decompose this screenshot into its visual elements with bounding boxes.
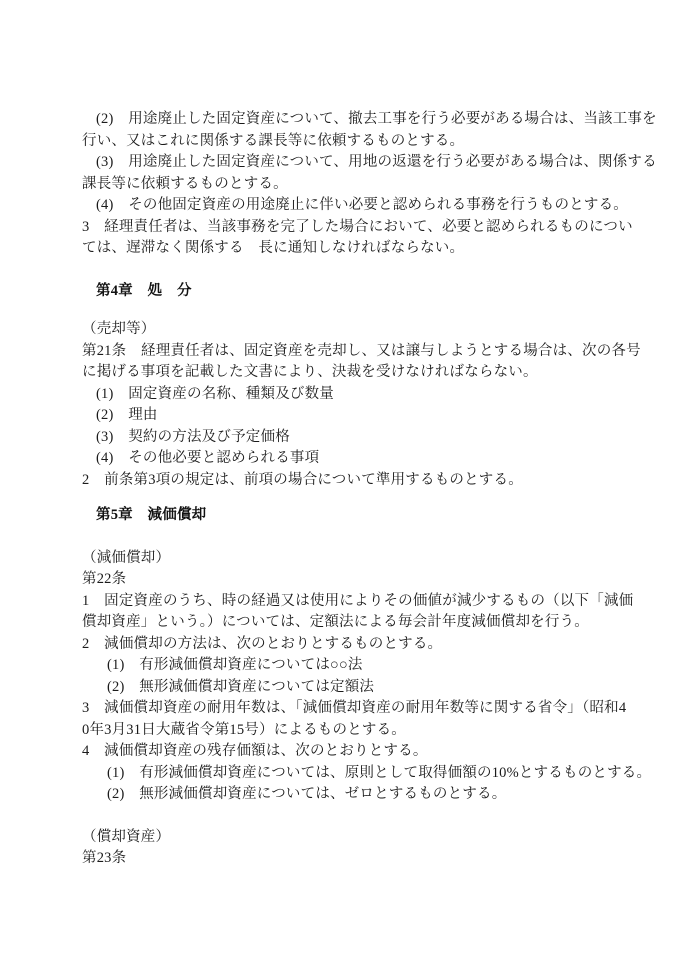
document-line: 行い、又はこれに関係する課長等に依頼するものとする。 xyxy=(82,131,622,153)
article-22-line: 償却資産」という。）については、定額法による毎会計年度減価償却を行う。 xyxy=(82,612,622,634)
article-22-line: 4 減価償却資産の残存価額は、次のとおりとする。 xyxy=(82,741,622,763)
regulation-document-page: (2) 用途廃止した固定資産について、撤去工事を行う必要がある場合は、当該工事を… xyxy=(0,0,680,962)
list-item: (2) 無形減価償却資産については、ゼロとするものとする。 xyxy=(82,784,622,806)
article-23-caption: （償却資産） xyxy=(82,827,622,849)
list-item: (2) 無形減価償却資産については定額法 xyxy=(82,677,622,699)
article-21-line: 第21条 経理責任者は、固定資産を売却し、又は譲与しようとする場合は、次の各号 xyxy=(82,341,622,363)
article-22-line: 3 減価償却資産の耐用年数は、「減価償却資産の耐用年数等に関する省令」（昭和4 xyxy=(82,698,622,720)
article-22-caption: （減価償却） xyxy=(82,548,622,570)
list-item: (2) 理由 xyxy=(82,405,622,427)
document-line: (4) その他固定資産の用途廃止に伴い必要と認められる事務を行うものとする。 xyxy=(82,195,622,217)
document-line: 3 経理責任者は、当該事務を完了した場合において、必要と認められるものについ xyxy=(82,217,622,239)
article-21-line: に掲げる事項を記載した文書により、決裁を受けなければならない。 xyxy=(82,362,622,384)
document-line: ては、遅滞なく関係する 長に通知しなければならない。 xyxy=(82,238,622,260)
article-23-number: 第23条 xyxy=(82,848,622,870)
list-item: (3) 契約の方法及び予定価格 xyxy=(82,427,622,449)
article-22-line: 2 減価償却の方法は、次のとおりとするものとする。 xyxy=(82,634,622,656)
list-item: (1) 有形減価償却資産については、原則として取得価額の10%とするものとする。 xyxy=(82,763,622,785)
article-22-line: 1 固定資産のうち、時の経過又は使用によりその価値が減少するもの（以下「減価 xyxy=(82,591,622,613)
list-item: (1) 固定資産の名称、種類及び数量 xyxy=(82,384,622,406)
article-22-line: 0年3月31日大蔵省令第15号）によるものとする。 xyxy=(82,720,622,742)
document-line: (2) 用途廃止した固定資産について、撤去工事を行う必要がある場合は、当該工事を xyxy=(82,109,622,131)
document-line: (3) 用途廃止した固定資産について、用地の返還を行う必要がある場合は、関係する xyxy=(82,152,622,174)
article-21-line: 2 前条第3項の規定は、前項の場合について準用するものとする。 xyxy=(82,470,622,492)
article-22-number: 第22条 xyxy=(82,569,622,591)
article-21-caption: （売却等） xyxy=(82,319,622,341)
list-item: (1) 有形減価償却資産については○○法 xyxy=(82,655,622,677)
document-line: 課長等に依頼するものとする。 xyxy=(82,174,622,196)
chapter-4-heading: 第4章 処 分 xyxy=(82,281,622,303)
list-item: (4) その他必要と認められる事項 xyxy=(82,448,622,470)
chapter-5-heading: 第5章 減価償却 xyxy=(82,505,622,527)
